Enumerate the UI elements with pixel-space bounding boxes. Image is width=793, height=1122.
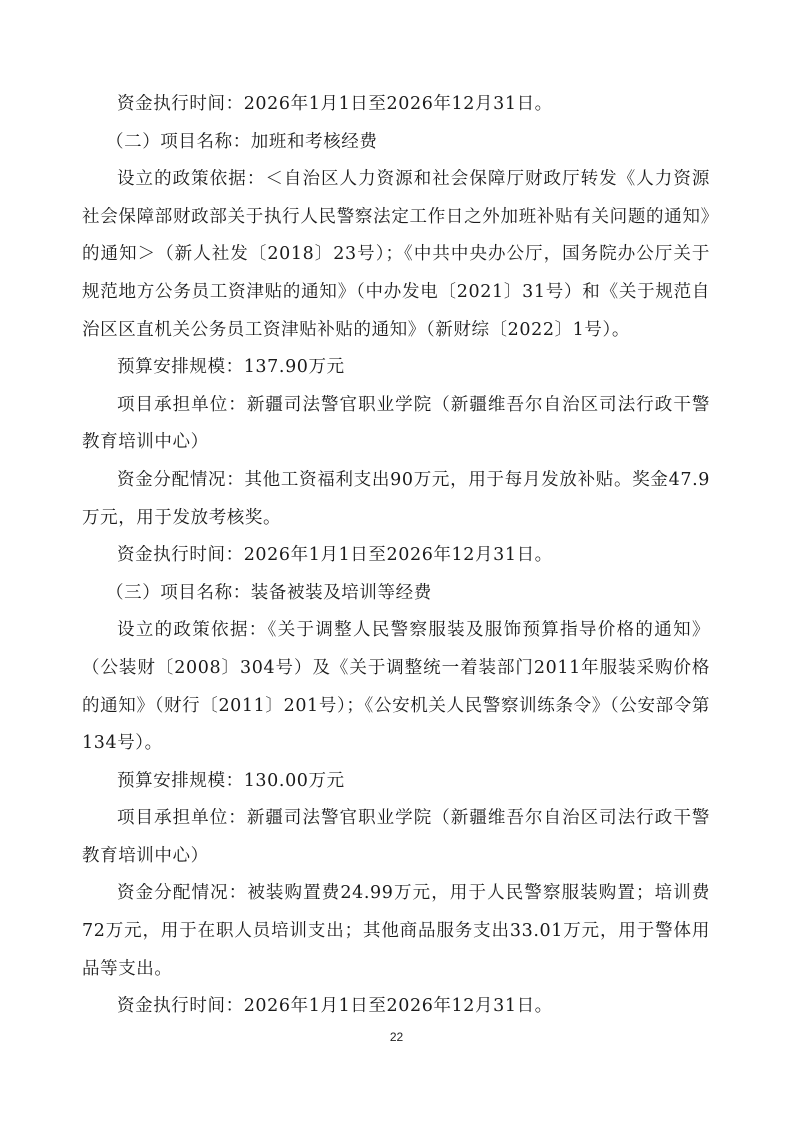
project-3-execution-time: 资金执行时间：2026年1月1日至2026年12月31日。 xyxy=(82,988,710,1026)
project-2-unit: 项目承担单位：新疆司法警官职业学院（新疆维吾尔自治区司法行政干警教育培训中心） xyxy=(82,387,710,462)
project-2-title: （二）项目名称：加班和考核经费 xyxy=(82,124,710,162)
project-3-title: （三）项目名称：装备被装及培训等经费 xyxy=(82,575,710,613)
project-3-budget: 预算安排规模：130.00万元 xyxy=(82,763,710,801)
project-3-unit: 项目承担单位：新疆司法警官职业学院（新疆维吾尔自治区司法行政干警教育培训中心） xyxy=(82,800,710,875)
execution-time-1: 资金执行时间：2026年1月1日至2026年12月31日。 xyxy=(82,86,710,124)
project-2-execution-time: 资金执行时间：2026年1月1日至2026年12月31日。 xyxy=(82,537,710,575)
project-2-policy-basis: 设立的政策依据：＜自治区人力资源和社会保障厅财政厅转发《人力资源社会保障部财政部… xyxy=(82,161,710,349)
page-number: 22 xyxy=(0,1030,793,1044)
project-3-policy-basis: 设立的政策依据：《关于调整人民警察服装及服饰预算指导价格的通知》（公装财〔200… xyxy=(82,612,710,762)
document-page: 资金执行时间：2026年1月1日至2026年12月31日。 （二）项目名称：加班… xyxy=(82,86,710,1026)
project-2-allocation: 资金分配情况：其他工资福利支出90万元，用于每月发放补贴。奖金47.9万元，用于… xyxy=(82,462,710,537)
project-3-allocation: 资金分配情况：被装购置费24.99万元，用于人民警察服装购置；培训费72万元，用… xyxy=(82,875,710,988)
project-2-budget: 预算安排规模：137.90万元 xyxy=(82,349,710,387)
